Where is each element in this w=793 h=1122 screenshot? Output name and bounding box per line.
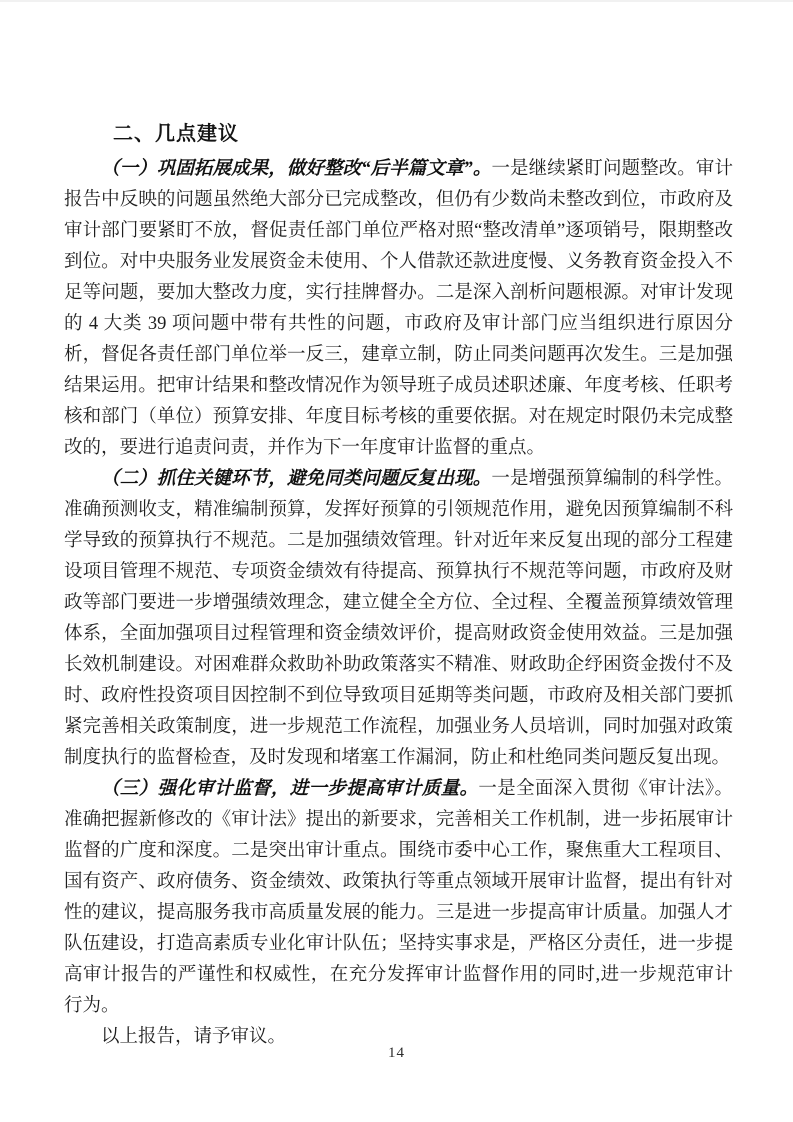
- page-number: 14: [388, 1045, 405, 1061]
- paragraph-1: （一）巩固拓展成果，做好整改“后半篇文章”。一是继续紧盯问题整改。审计报告中反映…: [64, 154, 733, 464]
- document-body: 二、几点建议 （一）巩固拓展成果，做好整改“后半篇文章”。一是继续紧盯问题整改。…: [64, 118, 733, 1053]
- page-footer: 14: [0, 1044, 793, 1062]
- scan-edge-artifact: [0, 0, 793, 2]
- paragraph-3: （三）强化审计监督，进一步提高审计质量。一是全面深入贯彻《审计法》。准确把握新修…: [64, 774, 733, 1022]
- paragraph-3-lead: （三）强化审计监督，进一步提高审计质量。: [101, 779, 478, 799]
- paragraph-1-text: 一是继续紧盯问题整改。审计报告中反映的问题虽然绝大部分已完成整改，但仍有少数尚未…: [64, 159, 733, 458]
- paragraph-1-lead: （一）巩固拓展成果，做好整改“后半篇文章”。: [101, 159, 491, 179]
- paragraph-2-lead: （二）抓住关键环节，避免同类问题反复出现。: [101, 469, 491, 489]
- paragraph-3-text: 一是全面深入贯彻《审计法》。准确把握新修改的《审计法》提出的新要求，完善相关工作…: [64, 779, 733, 1016]
- section-heading: 二、几点建议: [64, 118, 733, 150]
- paragraph-2-text: 一是增强预算编制的科学性。准确预测收支，精准编制预算，发挥好预算的引领规范作用，…: [64, 469, 733, 768]
- paragraph-2: （二）抓住关键环节，避免同类问题反复出现。一是增强预算编制的科学性。准确预测收支…: [64, 464, 733, 774]
- document-page: { "page": { "background": "#ffffff", "te…: [0, 0, 793, 1122]
